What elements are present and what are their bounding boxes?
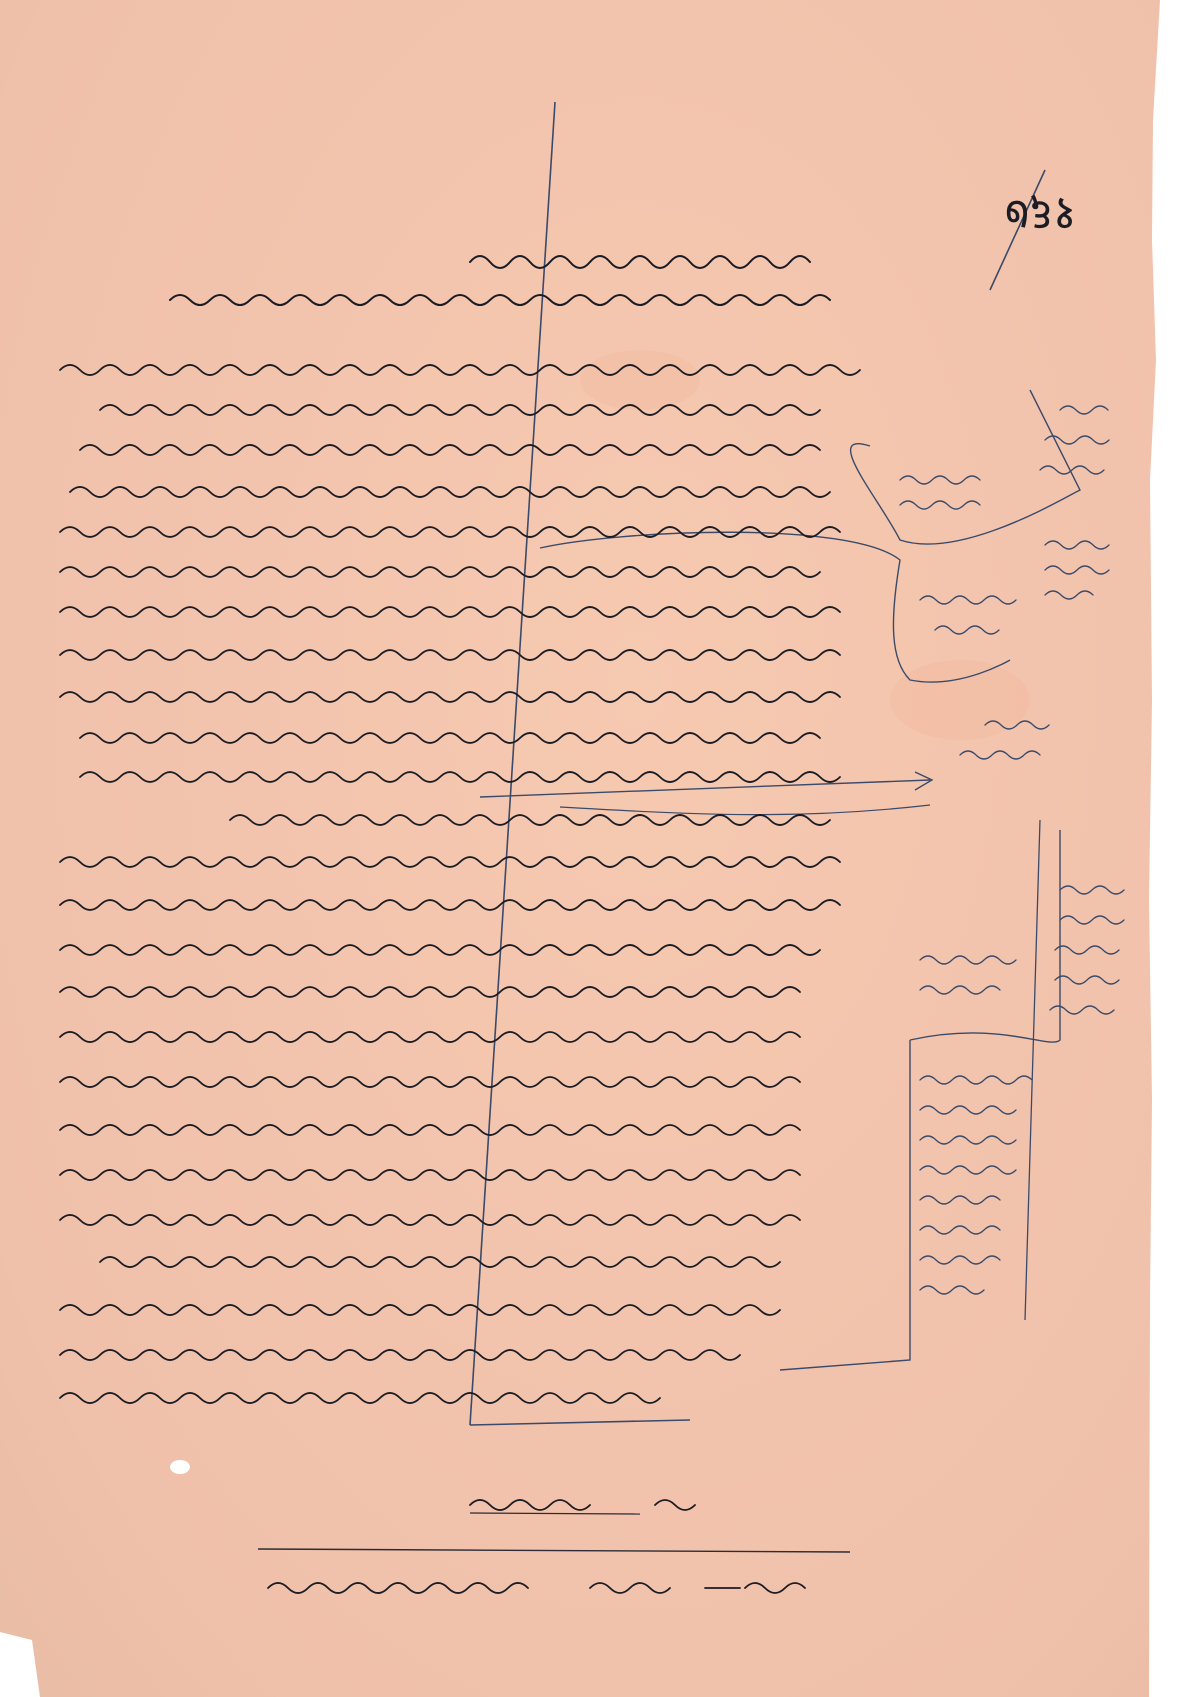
manuscript-page: १६७	[0, 0, 1160, 1697]
handwriting-layer	[0, 0, 1160, 1697]
page-number: १६७	[1005, 185, 1077, 247]
